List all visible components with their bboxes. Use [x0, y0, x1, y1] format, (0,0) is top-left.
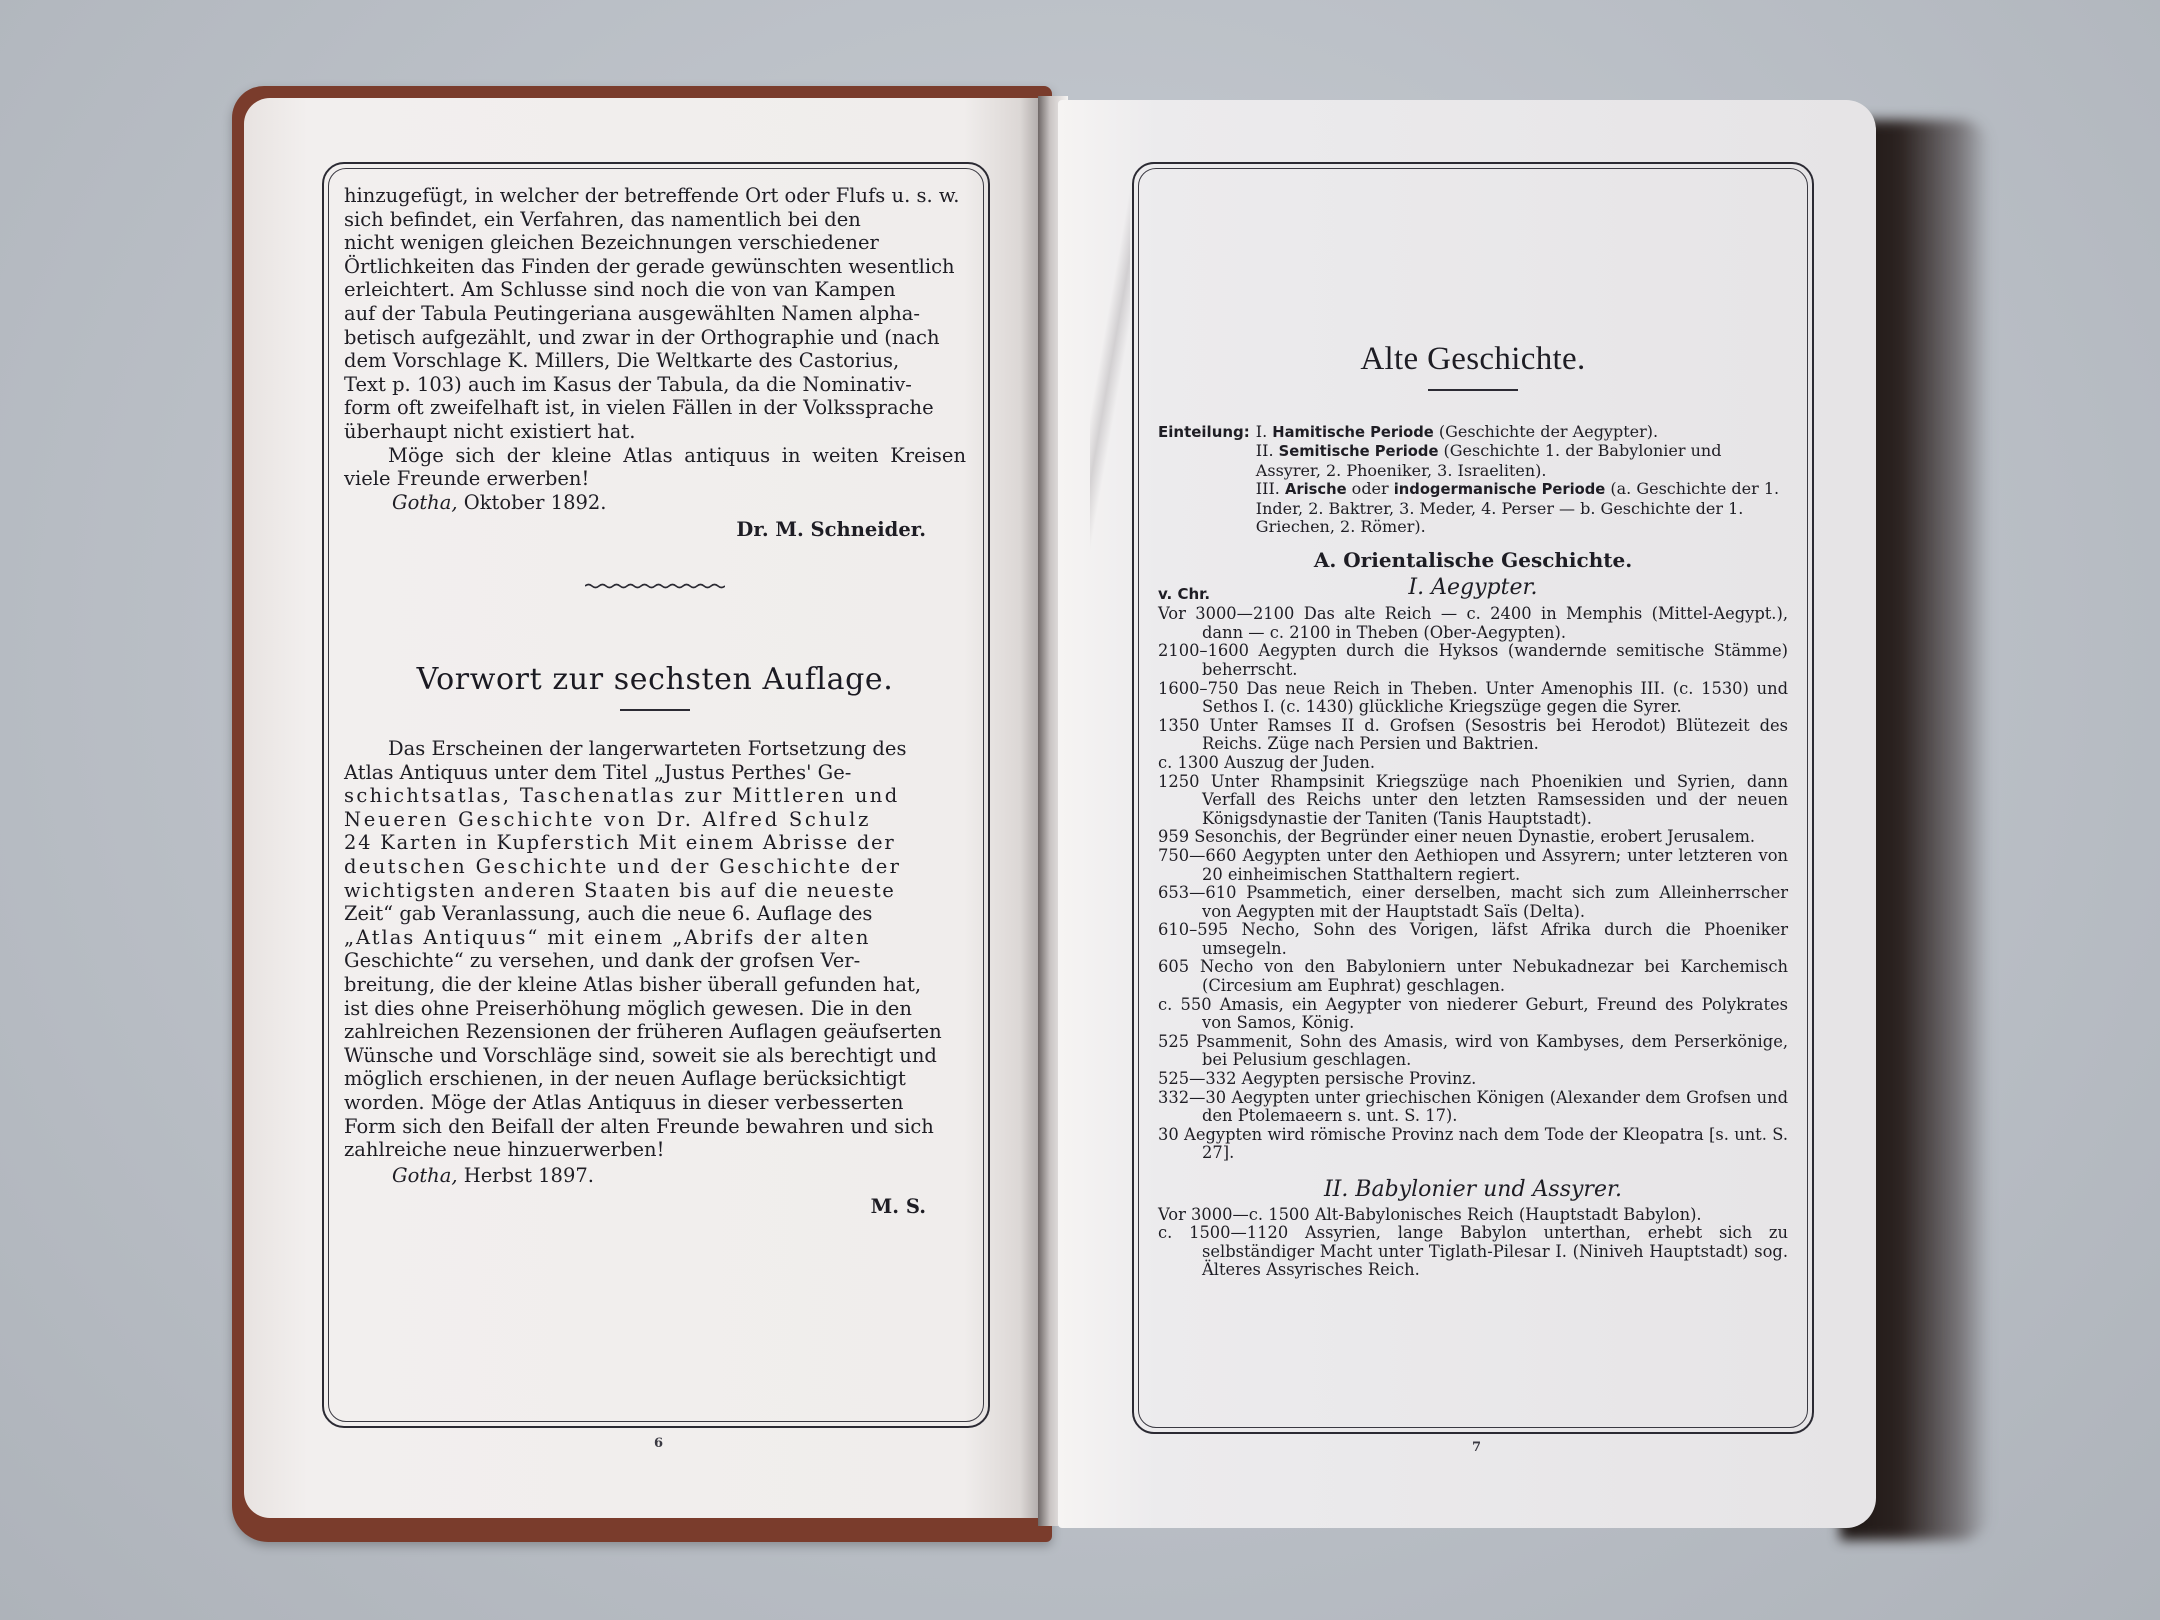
text-line: form oft zweifelhaft ist, in vielen Fäll…	[344, 396, 966, 420]
text-line: ist dies ohne Preiserhöhung möglich gewe…	[344, 997, 966, 1021]
text-line: wichtigsten anderen Staaten bis auf die …	[344, 879, 966, 903]
signature-1: Dr. M. Schneider.	[344, 518, 966, 542]
period-name: indogermanische Periode	[1394, 481, 1606, 498]
text-line: dem Vorschlage K. Millers, Die Weltkarte…	[344, 349, 966, 373]
timeline-entry: 750—660 Aegypten unter den Aethiopen und…	[1158, 847, 1788, 884]
subsection-heading: II. Babylonier und Assyrer.	[1158, 1181, 1788, 1200]
text-line: sich befindet, ein Verfahren, das nament…	[344, 208, 966, 232]
preface-heading: Vorwort zur sechsten Auflage.	[344, 668, 966, 692]
continuation-paragraph: hinzugefügt, in welcher der betreffende …	[344, 184, 966, 444]
preface-paragraph: Das Erscheinen der langerwarteten Fortse…	[344, 737, 966, 1162]
heading-rule	[620, 709, 690, 711]
babylon-timeline: Vor 3000—c. 1500 Alt-Babylonisches Reich…	[1158, 1206, 1788, 1280]
text-line: Örtlichkeiten das Finden der gerade gewü…	[344, 255, 966, 279]
text-line: Form sich den Beifall der alten Freunde …	[344, 1115, 966, 1139]
period-number: II.	[1256, 441, 1279, 460]
period-item: III. Arische oder indogermanische Period…	[1256, 480, 1788, 537]
timeline-entry: 653—610 Psammetich, einer derselben, mac…	[1158, 884, 1788, 921]
timeline-entry: c. 1300 Auszug der Juden.	[1158, 754, 1788, 773]
page-number-right: 7	[1472, 1440, 1481, 1455]
page-number-left: 6	[654, 1436, 663, 1451]
text-line: betisch aufgezählt, und zwar in der Orth…	[344, 326, 966, 350]
text-line: nicht wenigen gleichen Bezeichnungen ver…	[344, 231, 966, 255]
text-line: Atlas Antiquus unter dem Titel „Justus P…	[344, 761, 966, 785]
text-line: Neueren Geschichte von Dr. Alfred Schulz	[344, 808, 966, 832]
einteilung-block: Einteilung: I. Hamitische Periode (Gesch…	[1158, 423, 1788, 537]
timeline-entry: 605 Necho von den Babyloniern unter Nebu…	[1158, 958, 1788, 995]
text-line: Zeit“ gab Veranlassung, auch die neue 6.…	[344, 902, 966, 926]
date: Herbst 1897.	[458, 1164, 594, 1187]
timeline-entry: 332—30 Aegypten unter griechischen König…	[1158, 1089, 1788, 1126]
period-number: III.	[1256, 479, 1285, 498]
closing-wish: Möge sich der kleine Atlas antiquus in w…	[344, 444, 966, 491]
timeline-entry: c. 1500—1120 Assyrien, lange Babylon unt…	[1158, 1224, 1788, 1280]
period-name: Arische	[1285, 481, 1347, 498]
timeline-entry: Vor 3000—c. 1500 Alt-Babylonisches Reich…	[1158, 1206, 1788, 1225]
timeline-entry: Vor 3000—2100 Das alte Reich — c. 2400 i…	[1158, 605, 1788, 642]
period-item: II. Semitische Periode (Geschichte 1. de…	[1256, 442, 1788, 480]
text-line: Wünsche und Vorschläge sind, soweit sie …	[344, 1044, 966, 1068]
timeline-entry: 525 Psammenit, Sohn des Amasis, wird von…	[1158, 1033, 1788, 1070]
place-date-2: Gotha, Herbst 1897.	[344, 1164, 966, 1188]
date: Oktober 1892.	[458, 491, 607, 514]
text-line: zahlreichen Rezensionen der früheren Auf…	[344, 1020, 966, 1044]
timeline-entry: c. 550 Amasis, ein Aegypter von niederer…	[1158, 996, 1788, 1033]
chapter-title: Alte Geschichte.	[1158, 350, 1788, 369]
period-connector: oder	[1347, 479, 1394, 498]
text-line: breitung, die der kleine Atlas bisher üb…	[344, 973, 966, 997]
text-line: erleichtert. Am Schlusse sind noch die v…	[344, 278, 966, 302]
place-name: Gotha,	[392, 491, 458, 514]
subsection-heading: I. Aegypter.	[1158, 579, 1788, 598]
period-item: I. Hamitische Periode (Geschichte der Ae…	[1256, 423, 1788, 443]
text-line: Das Erscheinen der langerwarteten Fortse…	[344, 737, 966, 761]
text-line: worden. Möge der Atlas Antiquus in diese…	[344, 1091, 966, 1115]
text-line: „Atlas Antiquus“ mit einem „Abrifs der a…	[344, 926, 966, 950]
text-line: zahlreiche neue hinzuerwerben!	[344, 1138, 966, 1162]
text-line: Text p. 103) auch im Kasus der Tabula, d…	[344, 373, 966, 397]
section-heading: A. Orientalische Geschichte.	[1158, 551, 1788, 570]
wavy-divider	[344, 572, 966, 596]
title-rule	[1428, 389, 1518, 391]
period-desc: (Geschichte der Aegypter).	[1434, 422, 1658, 441]
text-line: 24 Karten in Kupferstich Mit einem Abris…	[344, 831, 966, 855]
timeline-entry: 959 Sesonchis, der Begründer einer neuen…	[1158, 828, 1788, 847]
text-line: überhaupt nicht existiert hat.	[344, 420, 966, 444]
wavy-rule-icon	[585, 582, 725, 590]
period-name: Hamitische Periode	[1272, 424, 1434, 441]
timeline-entry: 30 Aegypten wird römische Provinz nach d…	[1158, 1126, 1788, 1163]
timeline-entry: 1250 Unter Rhampsinit Kriegszüge nach Ph…	[1158, 773, 1788, 829]
period-number: I.	[1256, 422, 1273, 441]
einteilung-label: Einteilung:	[1158, 423, 1250, 537]
right-page-text: Alte Geschichte. Einteilung: I. Hamitisc…	[1158, 350, 1788, 1280]
signature-2: M. S.	[344, 1195, 966, 1219]
era-label: v. Chr.	[1158, 585, 1210, 604]
einteilung-list: I. Hamitische Periode (Geschichte der Ae…	[1256, 423, 1788, 537]
subsection-header-row: v. Chr. I. Aegypter.	[1158, 579, 1788, 605]
timeline-entry: 1350 Unter Ramses II d. Grofsen (Sesostr…	[1158, 717, 1788, 754]
text-line: hinzugefügt, in welcher der betreffende …	[344, 184, 966, 208]
place-date-1: Gotha, Oktober 1892.	[344, 491, 966, 515]
timeline-entry: 525—332 Aegypten persische Provinz.	[1158, 1070, 1788, 1089]
egypt-timeline: Vor 3000—2100 Das alte Reich — c. 2400 i…	[1158, 605, 1788, 1163]
page-crease	[1090, 140, 1130, 600]
text-line: Geschichte“ zu versehen, und dank der gr…	[344, 949, 966, 973]
timeline-entry: 1600–750 Das neue Reich in Theben. Unter…	[1158, 680, 1788, 717]
text-line: deutschen Geschichte und der Geschichte …	[344, 855, 966, 879]
timeline-entry: 2100–1600 Aegypten durch die Hyksos (wan…	[1158, 642, 1788, 679]
period-name: Semitische Periode	[1279, 443, 1439, 460]
text-line: auf der Tabula Peutingeriana ausgewählte…	[344, 302, 966, 326]
left-page-text: hinzugefügt, in welcher der betreffende …	[344, 184, 966, 1219]
timeline-entry: 610–595 Necho, Sohn des Vorigen, läfst A…	[1158, 921, 1788, 958]
text-line: schichtsatlas, Taschenatlas zur Mittlere…	[344, 784, 966, 808]
text-line: möglich erschienen, in der neuen Auflage…	[344, 1067, 966, 1091]
place-name: Gotha,	[392, 1164, 458, 1187]
